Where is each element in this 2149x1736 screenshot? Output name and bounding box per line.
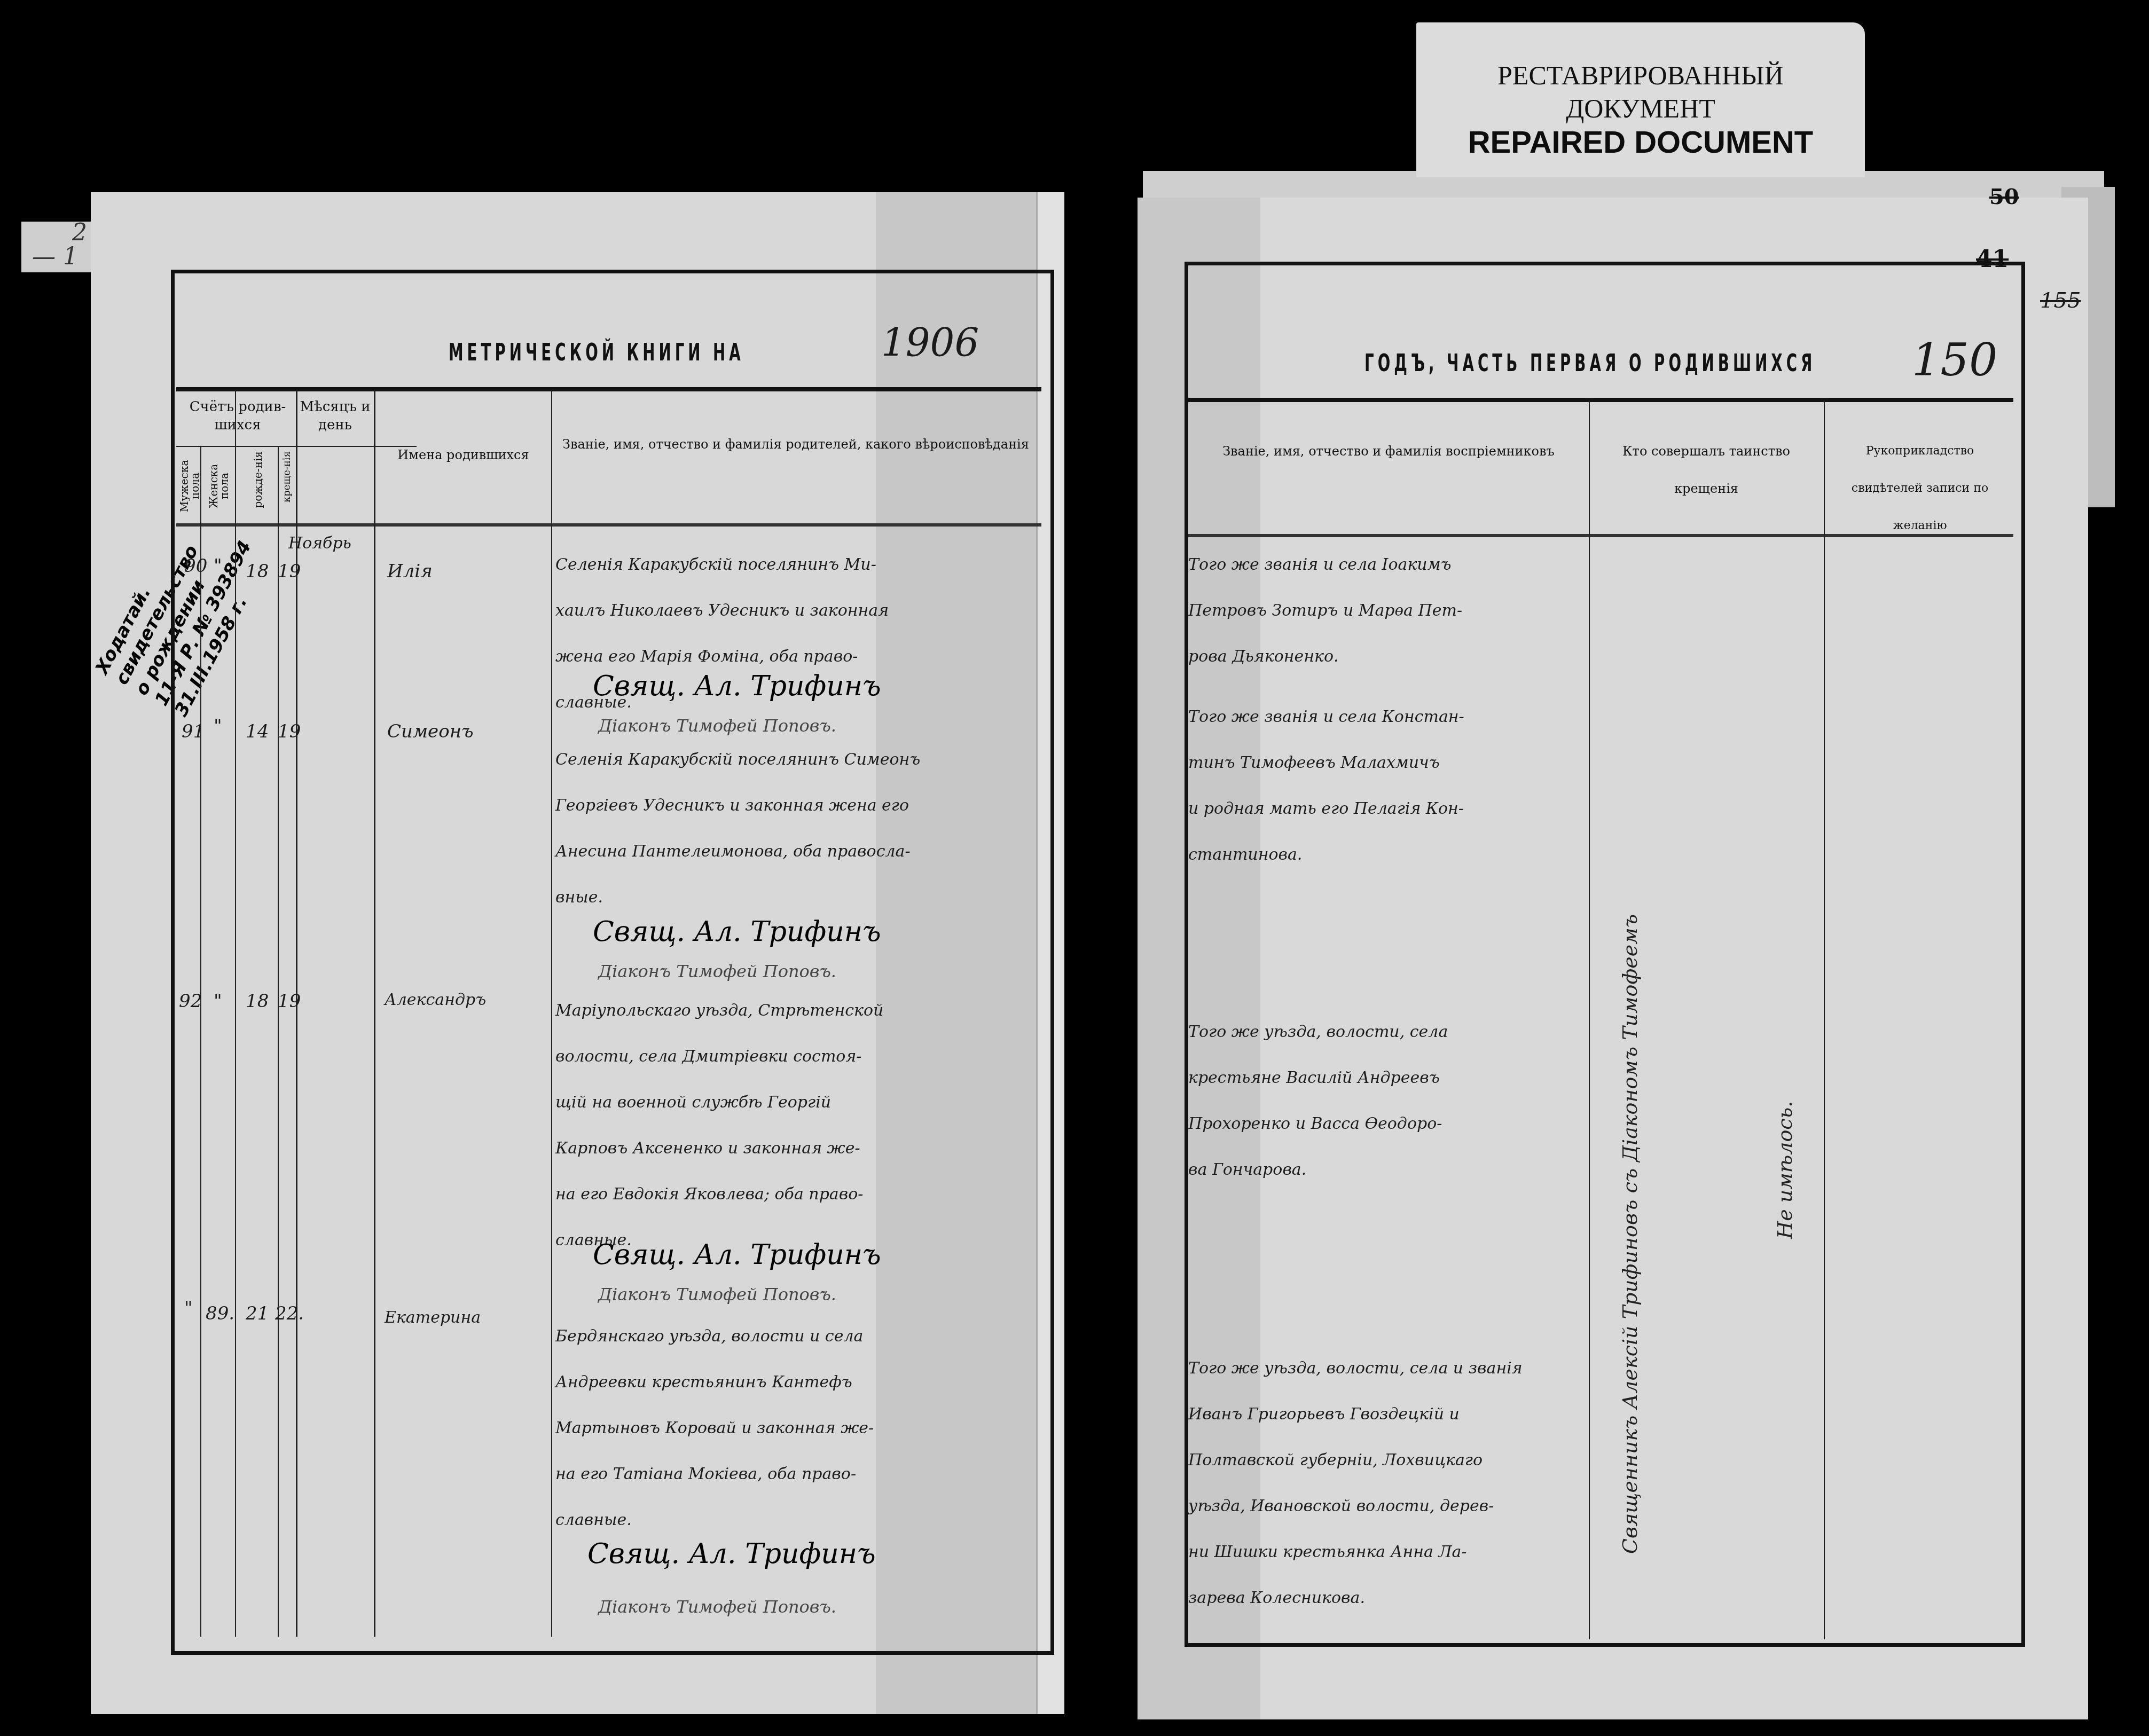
label-line-ru-1: РЕСТАВРИРОВАННЫЙ bbox=[1416, 59, 1865, 92]
header-bottom-rule bbox=[176, 523, 1041, 527]
col-divider-names bbox=[374, 390, 375, 1637]
row1-child-name: Илія bbox=[387, 561, 433, 582]
row3-child-name: Александръ bbox=[385, 991, 486, 1009]
archive-tab-scrap: 2 — 1 bbox=[21, 222, 93, 272]
right-row3-godparents: Того же уѣзда, волости, села крестьяне В… bbox=[1188, 1009, 1583, 1193]
right-row4-godparents: Того же уѣзда, волости, села и званія Ив… bbox=[1188, 1346, 1594, 1621]
header-top-rule bbox=[176, 387, 1041, 391]
header-names: Имена родившихся bbox=[377, 446, 550, 464]
year-handwritten: 1906 bbox=[881, 320, 979, 365]
header-parents: Званіе, имя, отчество и фамилія родителе… bbox=[561, 427, 1031, 461]
header-male: Мужеска пола bbox=[179, 451, 200, 521]
row3-baptism-day: 19 bbox=[278, 991, 301, 1012]
col-divider-male bbox=[200, 446, 201, 1637]
row3-female-number: " bbox=[214, 991, 222, 1012]
row3-parents: Маріупольскаго уѣзда, Стрѣтенской волост… bbox=[555, 988, 1036, 1263]
row2-parents: Селенія Каракубскій поселянинъ Симеонъ Г… bbox=[555, 737, 1036, 921]
right-row2-godparents: Того же званія и села Констан- тинъ Тимо… bbox=[1188, 694, 1583, 878]
row2-priest-signature: Свящ. Ал. Трифинъ bbox=[593, 916, 881, 948]
col-divider-parents bbox=[551, 390, 552, 1637]
row3-priest-signature: Свящ. Ал. Трифинъ bbox=[593, 1239, 881, 1271]
right-col-divider-2 bbox=[1824, 400, 1825, 1639]
folio-printed-number: 41 bbox=[1976, 246, 2009, 273]
row4-male-number: " bbox=[184, 1298, 193, 1319]
performer-vertical-note: Священникъ Алексій Трифиновъ съ Діаконом… bbox=[1618, 539, 1642, 1554]
row3-birth-day: 18 bbox=[246, 991, 269, 1012]
scrap-number: 2 bbox=[72, 219, 87, 246]
row4-female-number: 89. bbox=[206, 1303, 234, 1324]
row2-deacon-signature: Діаконъ Тимофей Поповъ. bbox=[598, 961, 836, 981]
row2-baptism-day: 19 bbox=[278, 721, 301, 742]
col-divider-birth bbox=[278, 446, 279, 1637]
row2-birth-day: 14 bbox=[246, 721, 269, 742]
row1-priest-signature: Свящ. Ал. Трифинъ bbox=[593, 670, 881, 702]
header-witnesses: Рукоприкладство свидѣтелей записи по жел… bbox=[1829, 433, 2011, 545]
label-line-ru-2: ДОКУМЕНТ bbox=[1416, 92, 1865, 125]
left-page-title: МЕТРИЧЕСКОЙ КНИГИ НА bbox=[449, 339, 744, 366]
row1-male-number: 90 bbox=[184, 555, 207, 577]
folio-crossed-number: 155 bbox=[2040, 288, 2081, 313]
header-female: Женска пола bbox=[203, 451, 235, 521]
header-baptism: креще-нія bbox=[279, 451, 296, 521]
repaired-document-label: РЕСТАВРИРОВАННЫЙ ДОКУМЕНТ REPAIRED DOCUM… bbox=[1416, 22, 1865, 177]
header-godparents: Званіе, имя, отчество и фамилія воспріем… bbox=[1196, 433, 1581, 470]
witness-vertical-note: Не имѣлось. bbox=[1773, 999, 1797, 1239]
row2-male-number: 91 bbox=[182, 721, 205, 742]
month-label: Ноябрь bbox=[288, 534, 351, 553]
row1-female-number: " bbox=[214, 555, 222, 577]
label-line-en: REPAIRED DOCUMENT bbox=[1416, 125, 1865, 160]
scrap-number-2: — 1 bbox=[32, 243, 78, 270]
right-header-top-rule bbox=[1188, 398, 2013, 402]
header-performer: Кто совершалъ таинство крещенія bbox=[1597, 433, 1816, 507]
row1-birth-day: 18 bbox=[246, 561, 269, 582]
row4-priest-signature: Свящ. Ал. Трифинъ bbox=[587, 1538, 876, 1570]
row2-child-name: Симеонъ bbox=[387, 721, 474, 742]
header-count-group: Счётъ родив-шихся bbox=[179, 398, 296, 434]
row3-male-number: 92 bbox=[179, 991, 202, 1012]
row4-parents: Бердянскаго уѣзда, волости и села Андрее… bbox=[555, 1314, 1036, 1543]
row2-female-number: " bbox=[214, 716, 222, 737]
folio-handwritten-number: 150 bbox=[1912, 334, 1997, 386]
header-birth: рожде-нія bbox=[238, 451, 278, 521]
row4-deacon-signature: Діаконъ Тимофей Поповъ. bbox=[598, 1597, 836, 1617]
row3-deacon-signature: Діаконъ Тимофей Поповъ. bbox=[598, 1284, 836, 1305]
col-divider-count bbox=[235, 390, 236, 1637]
row4-baptism-day: 22. bbox=[275, 1303, 304, 1324]
right-page-title: ГОДЪ, ЧАСТЬ ПЕРВАЯ О РОДИВШИХСЯ bbox=[1364, 350, 1816, 377]
row4-child-name: Екатерина bbox=[385, 1308, 481, 1327]
header-month-day: Мѣсяцъ и день bbox=[296, 398, 374, 434]
row4-birth-day: 21 bbox=[246, 1303, 269, 1324]
right-row1-godparents: Того же званія и села Іоакимъ Петровъ Зо… bbox=[1188, 542, 1583, 680]
folio-top-number: 50 bbox=[1989, 184, 2019, 209]
row1-baptism-day: 19 bbox=[278, 561, 301, 582]
row1-deacon-signature: Діаконъ Тимофей Поповъ. bbox=[598, 716, 836, 736]
